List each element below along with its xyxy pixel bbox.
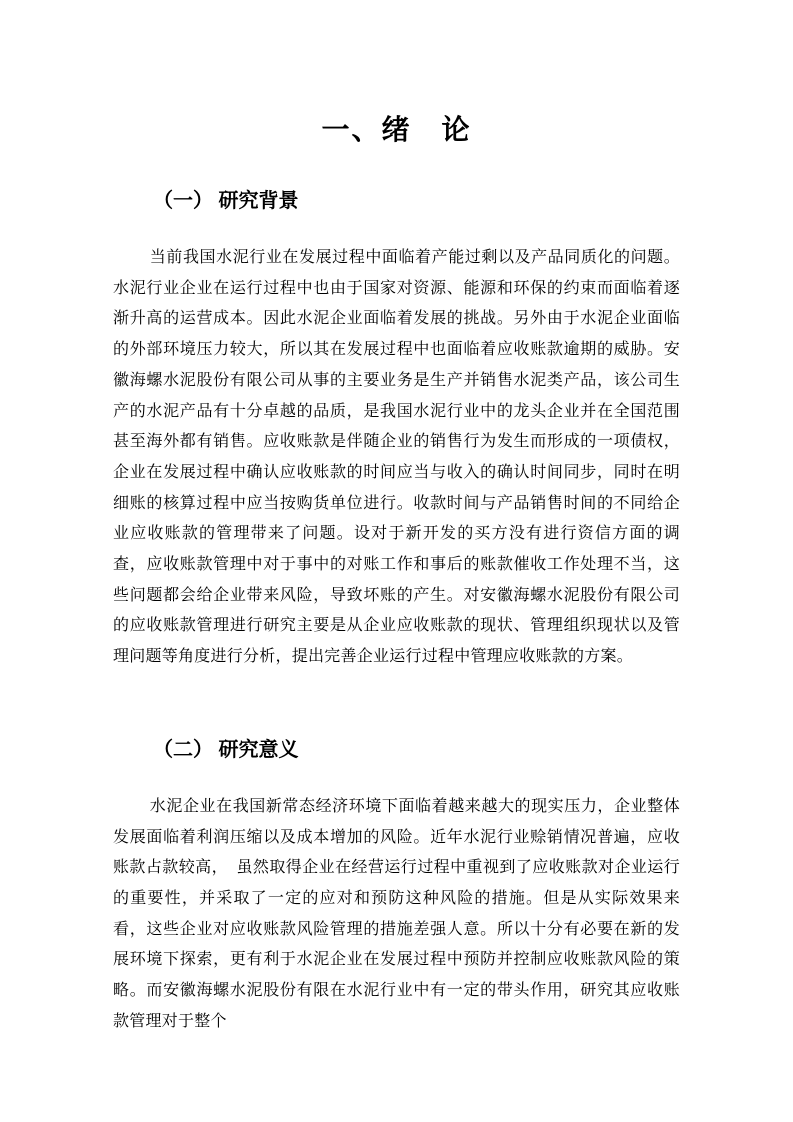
document-page: 一、绪 论 （一） 研究背景 当前我国水泥行业在发展过程中面临着产能过剩以及产品… — [0, 0, 793, 1122]
section-heading-research-significance: （二） 研究意义 — [113, 735, 680, 765]
research-background-paragraph: 当前我国水泥行业在发展过程中面临着产能过剩以及产品同质化的问题。水泥行业企业在运… — [113, 243, 680, 673]
research-significance-paragraph: 水泥企业在我国新常态经济环境下面临着越来越大的现实压力，企业整体发展面临着利润压… — [113, 792, 680, 1038]
section-heading-research-background: （一） 研究背景 — [113, 186, 680, 216]
chapter-title: 一、绪 论 — [113, 108, 680, 152]
